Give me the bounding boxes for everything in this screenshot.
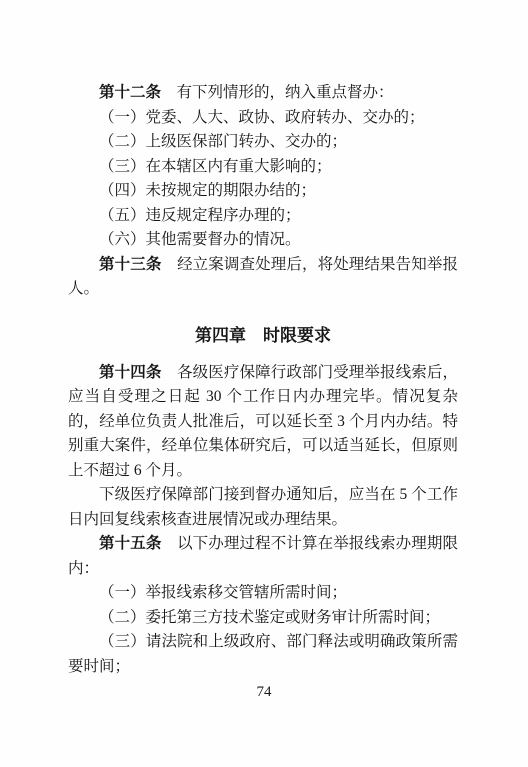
article-number: 第十二条 — [99, 84, 161, 101]
page-number: 74 — [0, 684, 528, 700]
list-item: （一）党委、人大、政协、政府转办、交办的； — [68, 106, 458, 131]
article-number: 第十三条 — [99, 256, 161, 273]
document-page: 第十二条 有下列情形的，纳入重点督办：（一）党委、人大、政协、政府转办、交办的；… — [0, 0, 528, 767]
body-paragraph: 下级医疗保障部门接到督办通知后，应当在 5 个工作日内回复线索核查进展情况或办理… — [68, 483, 458, 532]
document-content: 第十二条 有下列情形的，纳入重点督办：（一）党委、人大、政协、政府转办、交办的；… — [68, 81, 458, 679]
list-item: （三）请法院和上级政府、部门释法或明确政策所需要时间； — [68, 630, 458, 679]
list-item: （五）违反规定程序办理的； — [68, 204, 458, 229]
list-item: （三）在本辖区内有重大影响的； — [68, 155, 458, 180]
article-paragraph: 第十三条 经立案调查处理后，将处理结果告知举报人。 — [68, 253, 458, 302]
article-paragraph: 第十二条 有下列情形的，纳入重点督办： — [68, 81, 458, 106]
list-item: （二）上级医保部门转办、交办的； — [68, 130, 458, 155]
article-paragraph: 第十四条 各级医疗保障行政部门受理举报线索后，应当自受理之日起 30 个工作日内… — [68, 361, 458, 484]
article-number: 第十五条 — [99, 535, 161, 552]
list-item: （一）举报线索移交管辖所需时间； — [68, 581, 458, 606]
article-number: 第十四条 — [99, 364, 161, 381]
list-item: （六）其他需要督办的情况。 — [68, 228, 458, 253]
list-item: （二）委托第三方技术鉴定或财务审计所需时间； — [68, 606, 458, 631]
chapter-heading: 第四章 时限要求 — [68, 323, 458, 348]
article-paragraph: 第十五条 以下办理过程不计算在举报线索办理期限内： — [68, 532, 458, 581]
list-item: （四）未按规定的期限办结的； — [68, 179, 458, 204]
